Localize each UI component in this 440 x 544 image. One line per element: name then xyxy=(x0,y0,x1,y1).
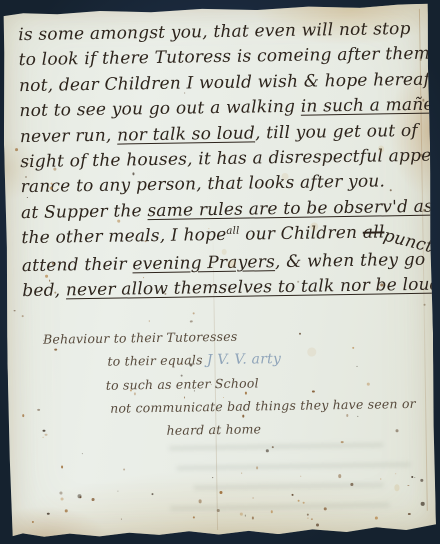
scanned-document: is some amongst you, that even will not … xyxy=(0,0,440,544)
foxing-spots xyxy=(2,4,436,539)
manuscript-page: is some amongst you, that even will not … xyxy=(2,4,436,539)
